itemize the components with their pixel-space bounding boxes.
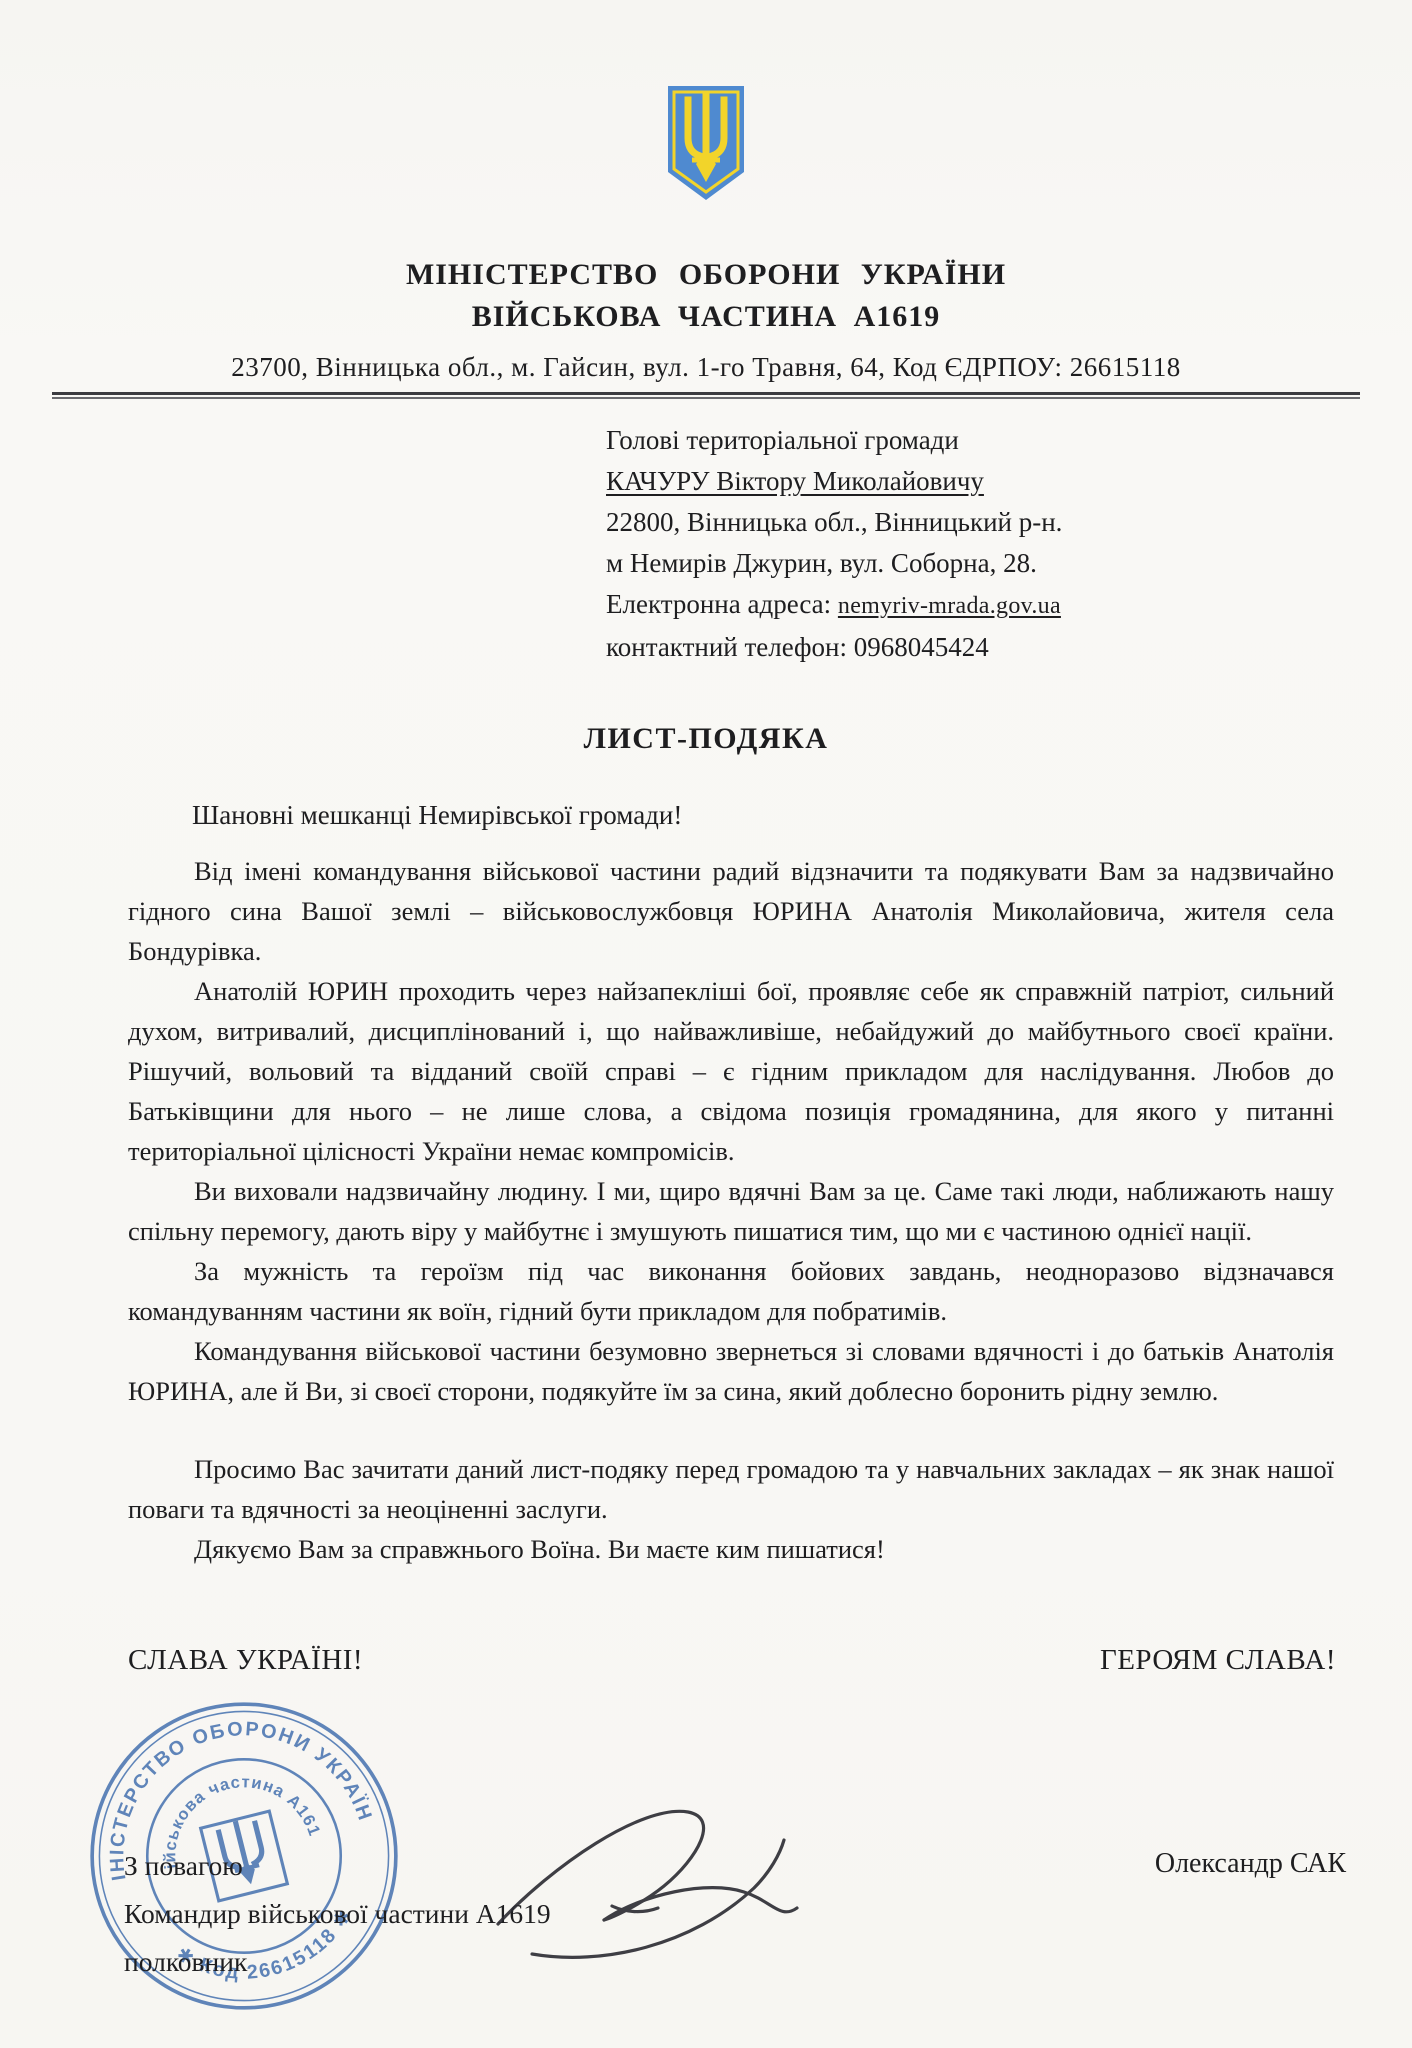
slogan-right: ГЕРОЯМ СЛАВА! [1100, 1644, 1336, 1677]
recipient-block: Голові територіальної громади КАЧУРУ Вік… [606, 420, 1062, 668]
signoff-commander: Командир військової частини А1619 [124, 1890, 551, 1938]
email-label: Електронна адреса: [606, 589, 838, 619]
paragraph: Просимо Вас зачитати даний лист-подяку п… [128, 1449, 1334, 1529]
recipient-address-2: м Немирів Джурин, вул. Соборна, 28. [606, 543, 1062, 584]
greeting-line: Шановні мешканці Немирівської громади! [192, 800, 682, 831]
ministry-title: МІНІСТЕРСТВО ОБОРОНИ УКРАЇНИ [0, 258, 1412, 292]
paragraph: Дякуємо Вам за справжнього Воїна. Ви має… [128, 1529, 1334, 1569]
paragraph: Анатолій ЮРИН проходить через найзапеклі… [128, 971, 1334, 1171]
paragraph: За мужність та героїзм під час виконання… [128, 1251, 1334, 1331]
signoff-block: З повагою Командир військової частини А1… [124, 1842, 551, 1986]
slogan-left: СЛАВА УКРАЇНІ! [128, 1644, 363, 1677]
handwritten-signature-icon [492, 1796, 802, 1986]
slogan-row: СЛАВА УКРАЇНІ! ГЕРОЯМ СЛАВА! [128, 1644, 1336, 1677]
recipient-position: Голові територіальної громади [606, 420, 1062, 461]
signoff-respect: З повагою [124, 1842, 551, 1890]
paragraph: Командування військової частини безумовн… [128, 1331, 1334, 1411]
military-unit-title: ВІЙСЬКОВА ЧАСТИНА А1619 [0, 300, 1412, 334]
paragraph: Ви виховали надзвичайну людину. І ми, щи… [128, 1171, 1334, 1251]
email-address: nemyriv-mrada.gov.ua [838, 593, 1061, 619]
recipient-email-line: Електронна адреса: nemyriv-mrada.gov.ua [606, 584, 1062, 627]
paragraph: Від імені командування військової частин… [128, 851, 1334, 971]
letter-body: Від імені командування військової частин… [128, 851, 1334, 1569]
letter-title: ЛИСТ-ПОДЯКА [0, 722, 1412, 756]
unit-address-line: 23700, Вінницька обл., м. Гайсин, вул. 1… [0, 352, 1412, 383]
recipient-phone-line: контактний телефон: 0968045424 [606, 627, 1062, 668]
letterhead-divider [52, 392, 1360, 399]
signer-name: Олександр САК [1155, 1848, 1346, 1880]
letter-page: МІНІСТЕРСТВО ОБОРОНИ УКРАЇНИ ВІЙСЬКОВА Ч… [0, 0, 1412, 2048]
signoff-rank: полковник [124, 1938, 551, 1986]
recipient-name: КАЧУРУ Віктору Миколайовичу [606, 461, 1062, 502]
ukraine-coat-of-arms-icon [666, 84, 746, 207]
recipient-address-1: 22800, Вінницька обл., Вінницький р-н. [606, 502, 1062, 543]
